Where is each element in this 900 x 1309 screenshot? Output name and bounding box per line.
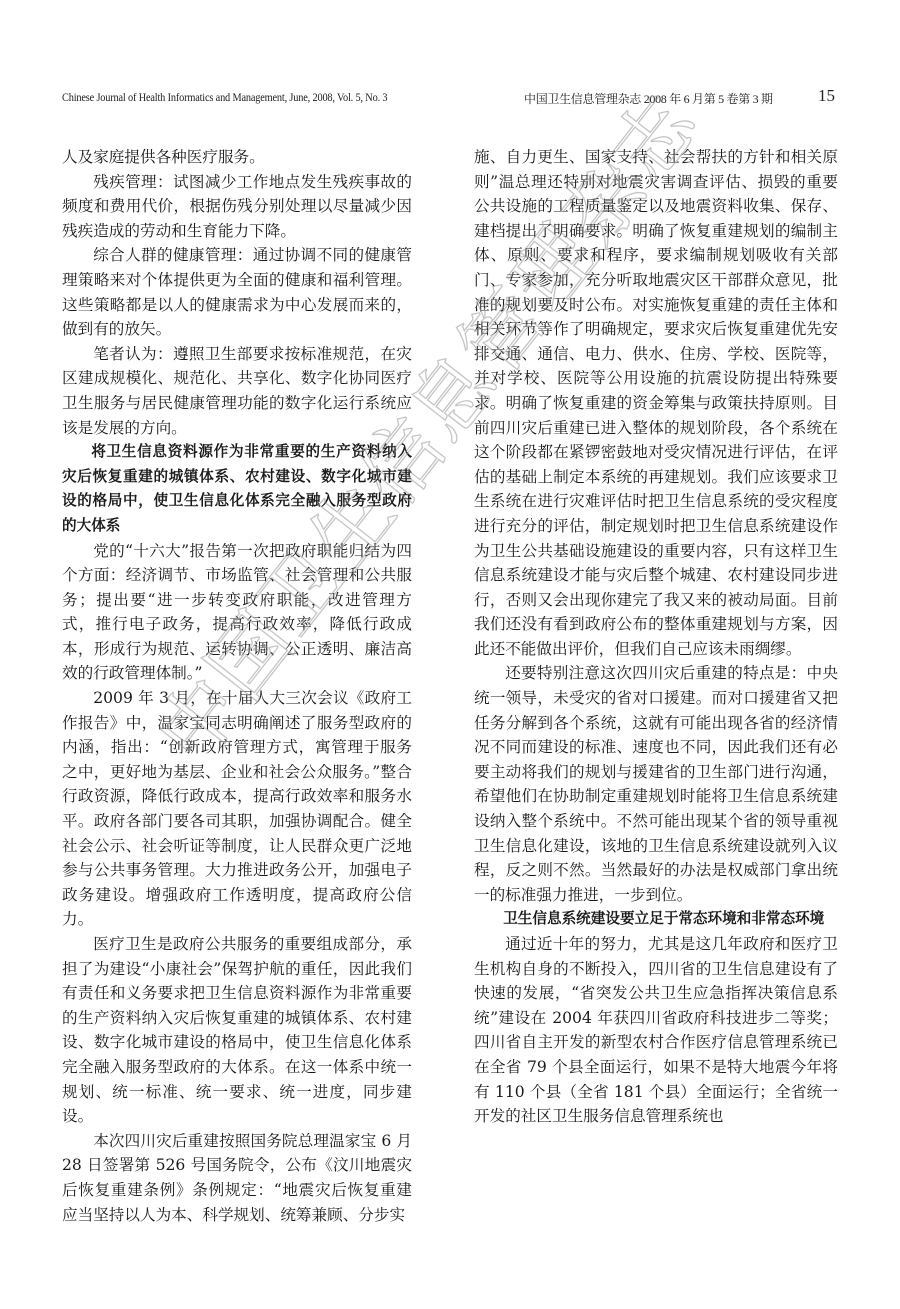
journal-title-english: Chinese Journal of Health Informatics an… [62,90,387,105]
paragraph: 党的“十六大”报告第一次把政府职能归结为四个方面：经济调节、市场监管、社会管理和… [62,539,412,687]
paragraph: 通过近十年的努力，尤其是这几年政府和医疗卫生机构自身的不断投入，四川省的卫生信息… [474,932,838,1129]
journal-title-chinese: 中国卫生信息管理杂志 2008 年 6 月第 5 卷第 3 期 [524,90,773,107]
running-header: Chinese Journal of Health Informatics an… [62,86,842,110]
section-heading: 卫生信息系统建设要立足于常态环境和非常态环境 [474,907,838,932]
paragraph: 残疾管理：试图减少工作地点发生残疾事故的频度和费用代价，根据伤残分别处理以尽量减… [62,170,412,244]
paragraph: 综合人群的健康管理：通过协调不同的健康管理策略来对个体提供更为全面的健康和福利管… [62,243,412,341]
paragraph: 医疗卫生是政府公共服务的重要组成部分，承担了为建设“小康社会”保驾护航的重任，因… [62,932,412,1129]
left-column: 人及家庭提供各种医疗服务。 残疾管理：试图减少工作地点发生残疾事故的频度和费用代… [62,145,412,1227]
page-number: 15 [818,86,835,106]
right-column: 施、自力更生、国家支持、社会帮扶的方针和相关原则”温总理还特别对地震灾害调查评估… [474,145,838,1129]
section-heading: 将卫生信息资料源作为非常重要的生产资料纳入灾后恢复重建的城镇体系、农村建设、数字… [62,440,412,538]
paragraph: 还要特别注意这次四川灾后重建的特点是：中央统一领导，未受灾的省对口援建。而对口援… [474,661,838,907]
paragraph: 本次四川灾后重建按照国务院总理温家宝 6 月 28 日签署第 526 号国务院令… [62,1129,412,1227]
paragraph: 笔者认为：遵照卫生部要求按标准规范，在灾区建成规模化、规范化、共享化、数字化协同… [62,342,412,440]
paragraph: 人及家庭提供各种医疗服务。 [62,145,412,170]
paragraph: 施、自力更生、国家支持、社会帮扶的方针和相关原则”温总理还特别对地震灾害调查评估… [474,145,838,661]
paragraph: 2009 年 3 月，在十届人大三次会议《政府工作报告》中，温家宝同志明确阐述了… [62,686,412,932]
